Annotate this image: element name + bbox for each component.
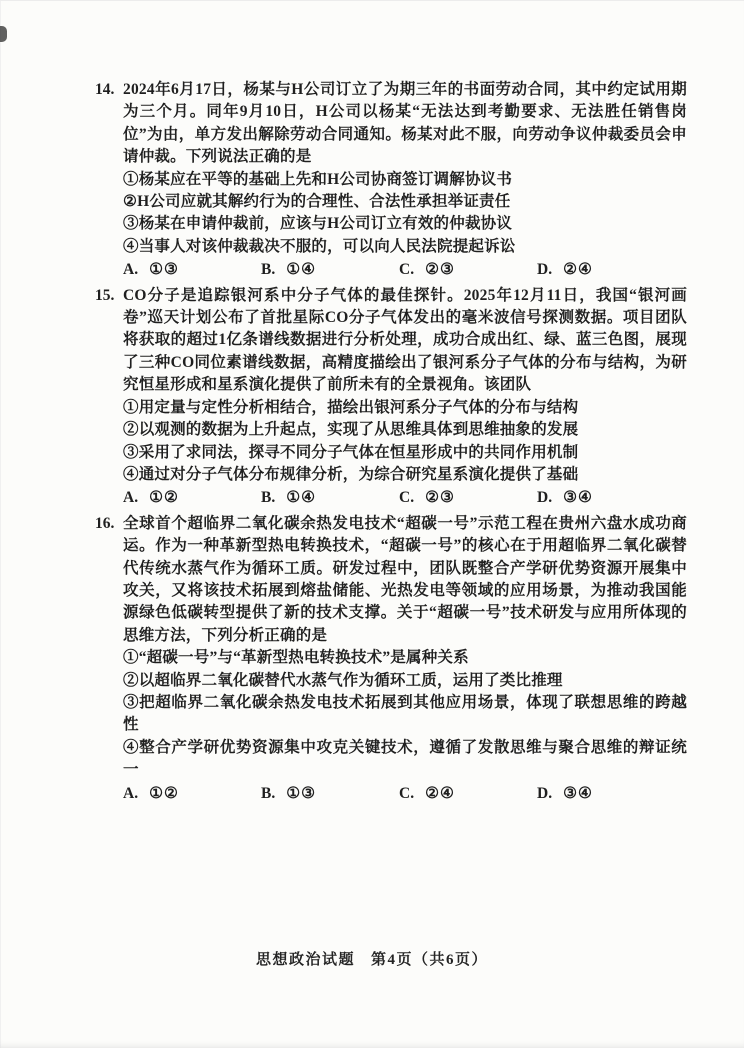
- choice-value: ②④: [563, 261, 593, 278]
- question-16-number: 16.: [95, 513, 123, 535]
- footer-exam-title: 思想政治试题: [256, 952, 355, 968]
- question-14-choice-d: D.②④: [537, 259, 593, 281]
- choice-label: D.: [537, 261, 552, 278]
- question-15-statement-1: ①用定量与定性分析相结合，描绘出银河系分子气体的分布与结构: [123, 397, 687, 419]
- choice-value: ①②: [149, 489, 179, 506]
- choice-label: C.: [399, 785, 414, 802]
- question-16-choices-row: A.①② B.①③ C.②④ D.③④: [123, 783, 687, 805]
- choice-value: ②③: [425, 489, 455, 506]
- choice-label: B.: [261, 785, 275, 802]
- question-14-statement-1: ①杨某应在平等的基础上先和H公司协商签订调解协议书: [123, 169, 687, 191]
- choice-value: ③④: [563, 489, 593, 506]
- question-15-statement-2: ②以观测的数据为上升起点，实现了从思维具体到思维抽象的发展: [123, 419, 687, 441]
- exam-page: 14. 2024年6月17日，杨某与H公司订立了为期三年的书面劳动合同，其中约定…: [0, 0, 744, 1048]
- choice-label: A.: [123, 489, 138, 506]
- question-14-statement-3: ③杨某在申请仲裁前，应该与H公司订立有效的仲裁协议: [123, 213, 687, 235]
- question-14-number: 14.: [95, 79, 123, 101]
- question-16-body: 全球首个超临界二氧化碳余热发电技术“超碳一号”示范工程在贵州六盘水成功商运。作为…: [123, 513, 687, 805]
- question-16-statement-2: ②以超临界二氧化碳替代水蒸气作为循环工质，运用了类比推理: [123, 670, 687, 692]
- choice-label: C.: [399, 261, 414, 278]
- question-16-choice-b: B.①③: [261, 783, 399, 805]
- choice-label: A.: [123, 785, 138, 802]
- question-15-choices-row: A.①② B.①④ C.②③ D.③④: [123, 487, 687, 509]
- questions-area: 14. 2024年6月17日，杨某与H公司订立了为期三年的书面劳动合同，其中约定…: [95, 79, 687, 808]
- question-15-choice-c: C.②③: [399, 487, 537, 509]
- question-16: 16. 全球首个超临界二氧化碳余热发电技术“超碳一号”示范工程在贵州六盘水成功商…: [95, 513, 687, 805]
- choice-value: ①③: [149, 261, 179, 278]
- question-15-choice-b: B.①④: [261, 487, 399, 509]
- page-footer: 思想政治试题第4页（共6页）: [0, 948, 744, 969]
- question-15-body: CO分子是追踪银河系中分子气体的最佳探针。2025年12月11日，我国“银河画卷…: [123, 285, 687, 510]
- question-15-choice-a: A.①②: [123, 487, 261, 509]
- question-16-stem: 全球首个超临界二氧化碳余热发电技术“超碳一号”示范工程在贵州六盘水成功商运。作为…: [123, 513, 687, 647]
- question-15-stem: CO分子是追踪银河系中分子气体的最佳探针。2025年12月11日，我国“银河画卷…: [123, 285, 687, 397]
- question-16-statement-3: ③把超临界二氧化碳余热发电技术拓展到其他应用场景，体现了联想思维的跨越性: [123, 692, 687, 737]
- choice-value: ③④: [563, 785, 593, 802]
- question-16-statement-1: ①“超碳一号”与“革新型热电转换技术”是属种关系: [123, 647, 687, 669]
- choice-value: ①②: [149, 785, 179, 802]
- question-14-choices-row: A.①③ B.①④ C.②③ D.②④: [123, 259, 687, 281]
- question-14-choice-c: C.②③: [399, 259, 537, 281]
- question-15-choice-d: D.③④: [537, 487, 593, 509]
- choice-label: B.: [261, 489, 275, 506]
- question-14: 14. 2024年6月17日，杨某与H公司订立了为期三年的书面劳动合同，其中约定…: [95, 79, 687, 282]
- choice-label: D.: [537, 785, 552, 802]
- question-15: 15. CO分子是追踪银河系中分子气体的最佳探针。2025年12月11日，我国“…: [95, 285, 687, 510]
- choice-label: D.: [537, 489, 552, 506]
- question-15-statement-4: ④通过对分子气体分布规律分析，为综合研究星系演化提供了基础: [123, 464, 687, 486]
- choice-label: B.: [261, 261, 275, 278]
- question-15-number: 15.: [95, 285, 123, 307]
- question-14-statement-2: ②H公司应就其解约行为的合理性、合法性承担举证责任: [123, 191, 687, 213]
- footer-page-number: 第4页（共6页）: [371, 952, 488, 968]
- question-16-choice-d: D.③④: [537, 783, 593, 805]
- question-15-statement-3: ③采用了求同法，探寻不同分子气体在恒星形成中的共同作用机制: [123, 442, 687, 464]
- choice-value: ①④: [286, 489, 316, 506]
- question-14-choice-b: B.①④: [261, 259, 399, 281]
- choice-label: C.: [399, 489, 414, 506]
- question-16-choice-c: C.②④: [399, 783, 537, 805]
- scan-artifact-mark: [0, 26, 7, 42]
- question-14-statement-4: ④当事人对该仲裁裁决不服的，可以向人民法院提起诉讼: [123, 236, 687, 258]
- question-16-statement-4: ④整合产学研优势资源集中攻克关键技术，遵循了发散思维与聚合思维的辩证统一: [123, 737, 687, 782]
- choice-value: ②③: [425, 261, 455, 278]
- question-14-body: 2024年6月17日，杨某与H公司订立了为期三年的书面劳动合同，其中约定试用期为…: [123, 79, 687, 282]
- question-14-choice-a: A.①③: [123, 259, 261, 281]
- question-16-choice-a: A.①②: [123, 783, 261, 805]
- question-14-stem: 2024年6月17日，杨某与H公司订立了为期三年的书面劳动合同，其中约定试用期为…: [123, 79, 687, 169]
- choice-value: ①④: [286, 261, 316, 278]
- choice-label: A.: [123, 261, 138, 278]
- choice-value: ①③: [286, 785, 316, 802]
- choice-value: ②④: [425, 785, 455, 802]
